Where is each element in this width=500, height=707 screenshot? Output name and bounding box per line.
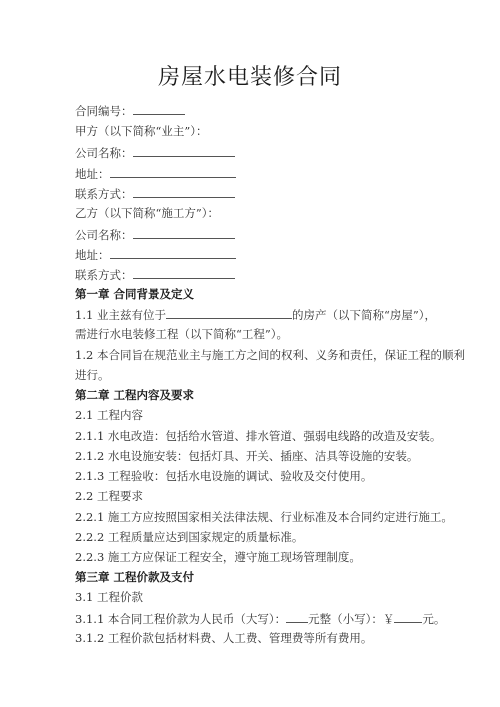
party-a-contact-blank: [133, 186, 235, 198]
clause-1-1-suffix: 的房产（以下简称“房屋”），: [292, 308, 436, 322]
clause-2-1-3: 2.1.3 工程验收：包括水电设施的调试、验收及交付使用。: [75, 469, 372, 483]
party-b-contact-field: 联系方式：: [75, 267, 235, 282]
contract-number-label: 合同编号：: [75, 104, 133, 118]
price-figures-blank: [394, 611, 422, 623]
contract-page: 房屋水电装修合同 合同编号： 甲方（以下简称“业主”）： 公司名称： 地址： 联…: [0, 0, 500, 707]
party-b-contact-blank: [133, 267, 235, 279]
party-b-address-field: 地址：: [75, 247, 236, 262]
document-title: 房屋水电装修合同: [0, 60, 500, 91]
party-b-company-field: 公司名称：: [75, 227, 235, 242]
section-3-1: 3.1 工程价款: [75, 590, 143, 604]
clause-1-2: 1.2 本合同旨在规范业主与施工方之间的权利、义务和责任，保证工程的顺利: [75, 348, 465, 362]
contract-number-blank: [133, 103, 185, 115]
section-2-2: 2.2 工程要求: [75, 489, 143, 503]
clause-1-1: 1.1 业主兹有位于的房产（以下简称“房屋”），: [75, 307, 436, 322]
party-b-address-blank: [110, 247, 236, 259]
party-b-address-label: 地址：: [75, 248, 110, 262]
clause-3-1-1-label: 3.1.1 本合同工程价款为人民币（大写）：: [75, 612, 286, 626]
clause-2-2-3: 2.2.3 施工方应保证工程安全，遵守施工现场管理制度。: [75, 550, 361, 564]
party-b-contact-label: 联系方式：: [75, 268, 133, 282]
party-a-contact-field: 联系方式：: [75, 186, 235, 201]
party-a-company-label: 公司名称：: [75, 146, 133, 160]
price-words-blank: [286, 611, 308, 623]
party-a-company-blank: [133, 145, 235, 157]
party-a-contact-label: 联系方式：: [75, 187, 133, 201]
clause-3-1-1-mid: 元整（小写）：￥: [308, 612, 394, 626]
party-a-address-label: 地址：: [75, 167, 110, 181]
chapter-1-heading: 第一章 合同背景及定义: [75, 287, 194, 301]
clause-2-2-1: 2.2.1 施工方应按照国家相关法律法规、行业标准及本合同约定进行施工。: [75, 510, 453, 524]
property-location-blank: [166, 307, 292, 319]
party-a-company-field: 公司名称：: [75, 145, 235, 160]
clause-2-1-2: 2.1.2 水电设施安装：包括灯具、开关、插座、洁具等设施的安装。: [75, 449, 418, 463]
party-a-address-blank: [110, 166, 236, 178]
clause-1-1-prefix: 1.1 业主兹有位于: [75, 308, 166, 322]
clause-3-1-1: 3.1.1 本合同工程价款为人民币（大写）：元整（小写）：￥元。: [75, 611, 445, 626]
chapter-2-heading: 第二章 工程内容及要求: [75, 388, 194, 402]
contract-number-field: 合同编号：: [75, 103, 185, 118]
party-b-company-label: 公司名称：: [75, 228, 133, 242]
clause-2-1-1: 2.1.1 水电改造：包括给水管道、排水管道、强弱电线路的改造及安装。: [75, 429, 441, 443]
clause-1-2-cont: 进行。: [75, 368, 110, 382]
clause-3-1-1-end: 元。: [422, 612, 445, 626]
party-a-address-field: 地址：: [75, 166, 236, 181]
clause-1-1-cont: 需进行水电装修工程（以下简称“工程”）。: [75, 327, 288, 341]
clause-2-2-2: 2.2.2 工程质量应达到国家规定的质量标准。: [75, 530, 303, 544]
party-b-company-blank: [133, 227, 235, 239]
party-a-heading: 甲方（以下简称“业主”）：: [75, 124, 208, 138]
party-b-heading: 乙方（以下简称“施工方”）：: [75, 206, 219, 220]
clause-3-1-2: 3.1.2 工程价款包括材料费、人工费、管理费等所有费用。: [75, 631, 372, 645]
chapter-3-heading: 第三章 工程价款及支付: [75, 570, 194, 584]
section-2-1: 2.1 工程内容: [75, 408, 143, 422]
